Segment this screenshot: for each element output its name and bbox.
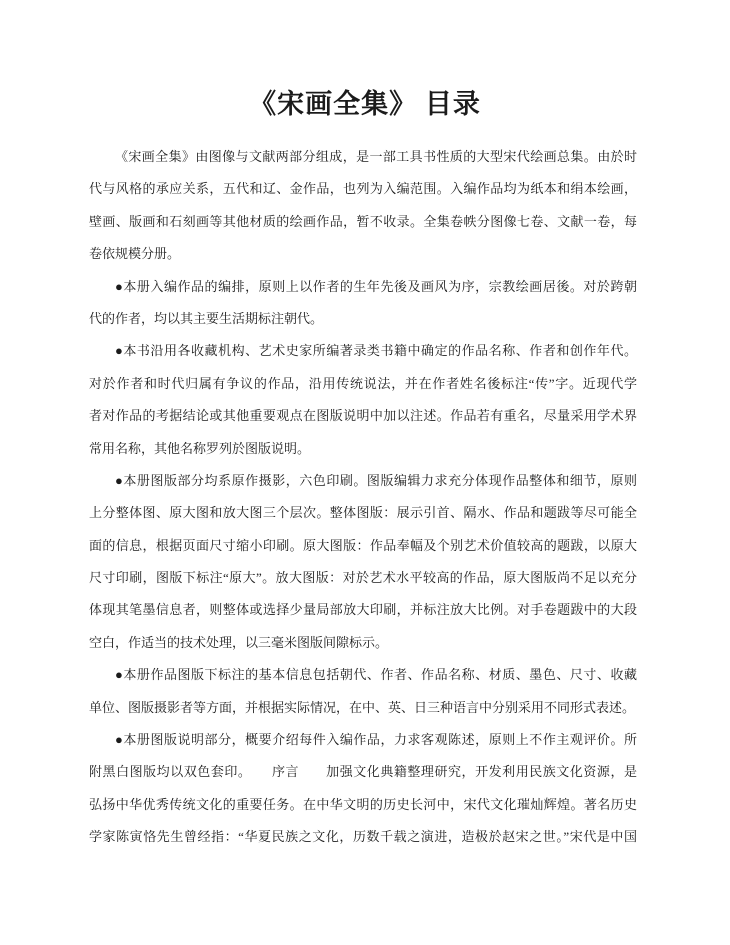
- paragraph-5-line-1: ●本册作品图版下标注的基本信息包括朝代、作者、作品名称、材质、墨色、尺寸、收藏: [89, 659, 637, 691]
- paragraph-6-line-1: ●本册图版说明部分，概要介绍每件入编作品，力求客观陈述，原则上不作主观评价。所: [89, 724, 637, 756]
- paragraph-3-line-3: 者对作品的考据结论或其他重要观点在图版说明中加以注述。作品若有重名，尽量采用学术…: [89, 400, 637, 432]
- paragraph-1-line-2: 代与风格的承应关系，五代和辽、金作品，也列为入编范围。入编作品均为纸本和绢本绘画…: [89, 173, 637, 205]
- paragraph-2-line-2: 代的作者，均以其主要生活期标注朝代。: [89, 303, 637, 335]
- page-title: 《宋画全集》 目录: [0, 82, 730, 121]
- paragraph-4-line-3: 面的信息，根据页面尺寸缩小印刷。原大图版：作品奉幅及个别艺术价值较高的题跋，以原…: [89, 530, 637, 562]
- paragraph-5-line-2: 单位、图版摄影者等方面，并根据实际情况，在中、英、日三种语言中分别采用不同形式表…: [89, 692, 637, 724]
- paragraph-3-line-2: 对於作者和时代归属有争议的作品，沿用传统说法，并在作者姓名後标注“传”字。近现代…: [89, 368, 637, 400]
- paragraph-6-line-2: 附黑白图版均以双色套印。 序言 加强文化典籍整理研究，开发利用民族文化资源，是: [89, 756, 637, 788]
- paragraph-2-line-1: ●本册入编作品的编排，原则上以作者的生年先後及画风为序，宗教绘画居後。对於跨朝: [89, 271, 637, 303]
- paragraph-4-line-5: 体现其笔墨信息者，则整体或选择少量局部放大印刷，并标注放大比例。对手卷题跋中的大…: [89, 594, 637, 626]
- paragraph-3-line-4: 常用名称，其他名称罗列於图版说明。: [89, 433, 637, 465]
- paragraph-4-line-6: 空白，作适当的技术处理，以三毫米图版间隙标示。: [89, 627, 637, 659]
- paragraph-1-line-4: 卷依规模分册。: [89, 238, 637, 270]
- paragraph-4-line-4: 尺寸印刷，图版下标注“原大”。放大图版：对於艺术水平较高的作品，原大图版尚不足以…: [89, 562, 637, 594]
- paragraph-3-line-1: ●本书沿用各收藏机构、艺术史家所编著录类书籍中确定的作品名称、作者和创作年代。: [89, 335, 637, 367]
- paragraph-6-line-4: 学家陈寅恪先生曾经指：“华夏民族之文化，历数千载之演进，造极於赵宋之世。”宋代是…: [89, 821, 637, 853]
- paragraph-1-line-1: 《宋画全集》由图像与文献两部分组成，是一部工具书性质的大型宋代绘画总集。由於时: [89, 141, 637, 173]
- paragraph-4-line-2: 上分整体图、原大图和放大图三个层次。整体图版：展示引首、隔水、作品和题跋等尽可能…: [89, 497, 637, 529]
- paragraph-4-line-1: ●本册图版部分均系原作摄影，六色印刷。图版编辑力求充分体现作品整体和细节，原则: [89, 465, 637, 497]
- document-body: 《宋画全集》由图像与文献两部分组成，是一部工具书性质的大型宋代绘画总集。由於时 …: [89, 141, 637, 854]
- document-page: 《宋画全集》 目录 《宋画全集》由图像与文献两部分组成，是一部工具书性质的大型宋…: [0, 0, 730, 945]
- paragraph-6-line-3: 弘扬中华优秀传统文化的重要任务。在中华文明的历史长河中，宋代文化璀灿辉煌。著名历…: [89, 789, 637, 821]
- paragraph-1-line-3: 壁画、版画和石刻画等其他材质的绘画作品，暂不收录。全集卷帙分图像七卷、文献一卷，…: [89, 206, 637, 238]
